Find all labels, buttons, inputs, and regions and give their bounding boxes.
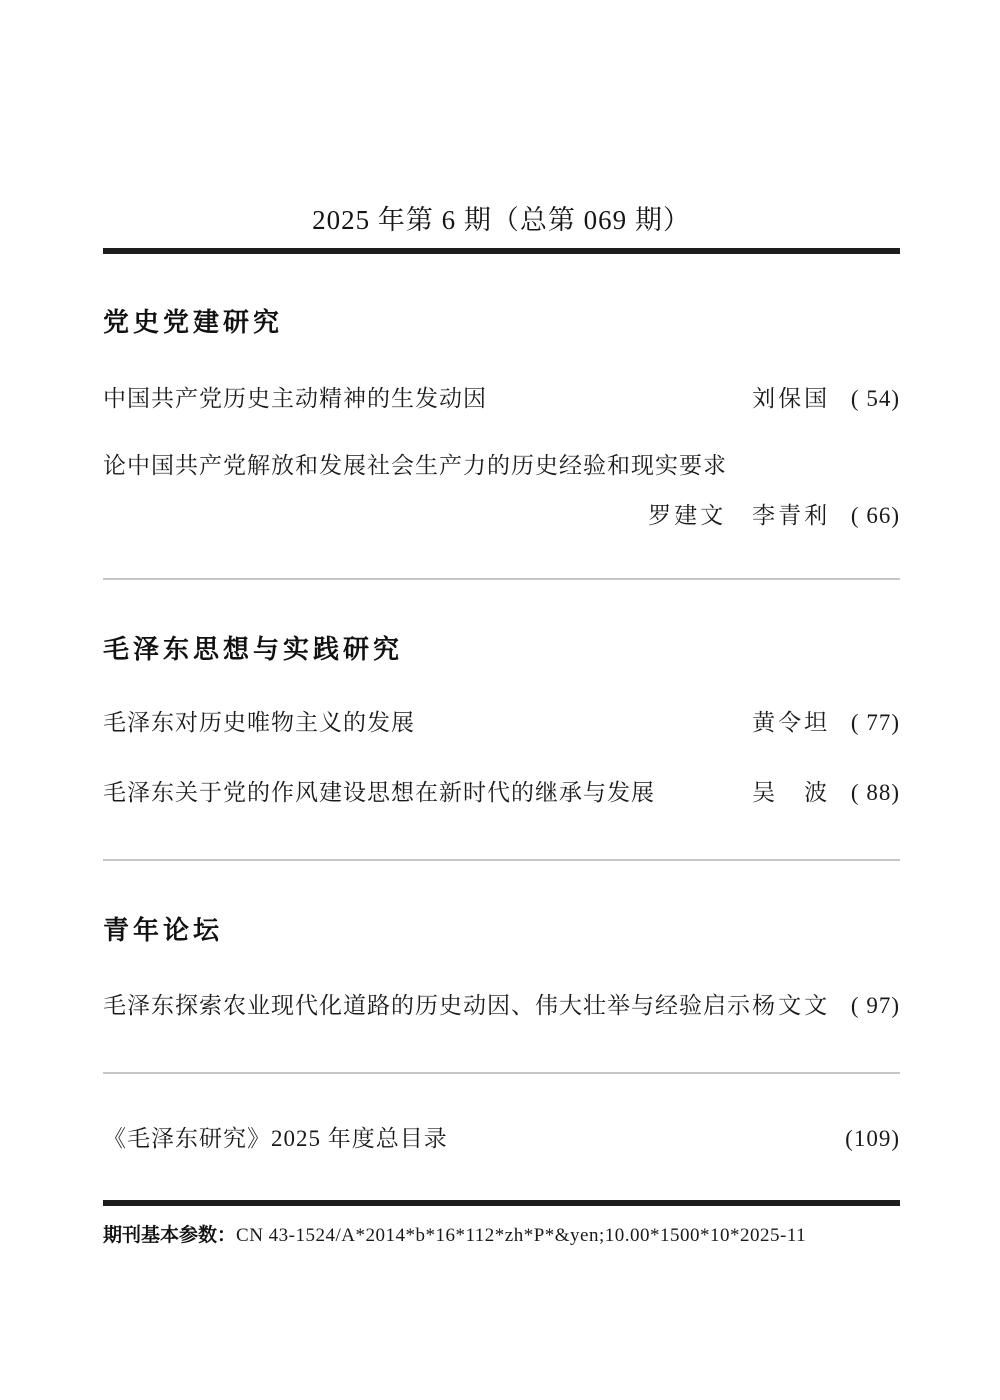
article-title: 毛泽东探索农业现代化道路的历史动因、伟大壮举与经验启示 — [103, 993, 751, 1018]
section-header: 党史党建研究 — [103, 310, 900, 336]
article-page-number: ( 54) — [851, 386, 900, 411]
article-row: 毛泽东对历史唯物主义的发展 黄令坦 ( 77) — [103, 710, 900, 735]
article-row: 论中国共产党解放和发展社会生产力的历史经验和现实要求 罗建文 李青利 ( 66) — [103, 453, 900, 528]
article-authors: 吴 波 — [752, 780, 830, 805]
article-row: 毛泽东关于党的作风建设思想在新时代的继承与发展 吴 波 ( 88) — [103, 780, 900, 805]
catalog-byline: (109) — [833, 1126, 900, 1151]
article-page-number: ( 77) — [851, 710, 900, 735]
article-byline: 吴 波 ( 88) — [752, 780, 900, 805]
section-divider — [103, 578, 900, 580]
journal-toc-page: 2025 年第 6 期（总第 069 期） 党史党建研究 中国共产党历史主动精神… — [0, 0, 1000, 1400]
section-divider — [103, 1072, 900, 1074]
article-title: 中国共产党历史主动精神的生发动因 — [103, 386, 487, 411]
section-header: 毛泽东思想与实践研究 — [103, 637, 900, 663]
article-page-number: ( 66) — [851, 503, 900, 528]
article-byline: 杨文文 ( 97) — [752, 993, 900, 1018]
article-byline: 黄令坦 ( 77) — [752, 710, 900, 735]
article-title: 论中国共产党解放和发展社会生产力的历史经验和现实要求 — [103, 453, 900, 478]
article-row: 中国共产党历史主动精神的生发动因 刘保国 ( 54) — [103, 386, 900, 411]
top-double-rule — [103, 248, 900, 254]
article-authors: 杨文文 — [752, 993, 830, 1018]
annual-catalog-row: 《毛泽东研究》2025 年度总目录 (109) — [103, 1126, 900, 1151]
journal-parameters-line: 期刊基本参数：CN 43-1524/A*2014*b*16*112*zh*P*&… — [103, 1225, 900, 1247]
section-party-history: 党史党建研究 中国共产党历史主动精神的生发动因 刘保国 ( 54) 论中国共产党… — [103, 310, 900, 528]
bottom-double-rule — [103, 1200, 900, 1206]
article-authors: 刘保国 — [752, 386, 830, 411]
issue-title: 2025 年第 6 期（总第 069 期） — [103, 0, 900, 234]
journal-parameters-value: CN 43-1524/A*2014*b*16*112*zh*P*&yen;10.… — [236, 1225, 806, 1246]
journal-parameters-label: 期刊基本参数： — [103, 1225, 236, 1246]
article-title: 毛泽东关于党的作风建设思想在新时代的继承与发展 — [103, 780, 655, 805]
catalog-title: 《毛泽东研究》2025 年度总目录 — [103, 1126, 448, 1151]
article-row: 毛泽东探索农业现代化道路的历史动因、伟大壮举与经验启示 杨文文 ( 97) — [103, 993, 900, 1018]
section-youth-forum: 青年论坛 毛泽东探索农业现代化道路的历史动因、伟大壮举与经验启示 杨文文 ( 9… — [103, 918, 900, 1018]
article-byline: 刘保国 ( 54) — [752, 386, 900, 411]
article-authors: 黄令坦 — [752, 710, 830, 735]
catalog-page-number: (109) — [845, 1126, 900, 1151]
section-header: 青年论坛 — [103, 918, 900, 944]
article-authors: 罗建文 李青利 — [648, 503, 830, 528]
article-page-number: ( 97) — [851, 993, 900, 1018]
section-mao-thought: 毛泽东思想与实践研究 毛泽东对历史唯物主义的发展 黄令坦 ( 77) 毛泽东关于… — [103, 637, 900, 805]
article-page-number: ( 88) — [851, 780, 900, 805]
article-title: 毛泽东对历史唯物主义的发展 — [103, 710, 415, 735]
section-divider — [103, 859, 900, 861]
article-byline: 罗建文 李青利 ( 66) — [103, 503, 900, 528]
